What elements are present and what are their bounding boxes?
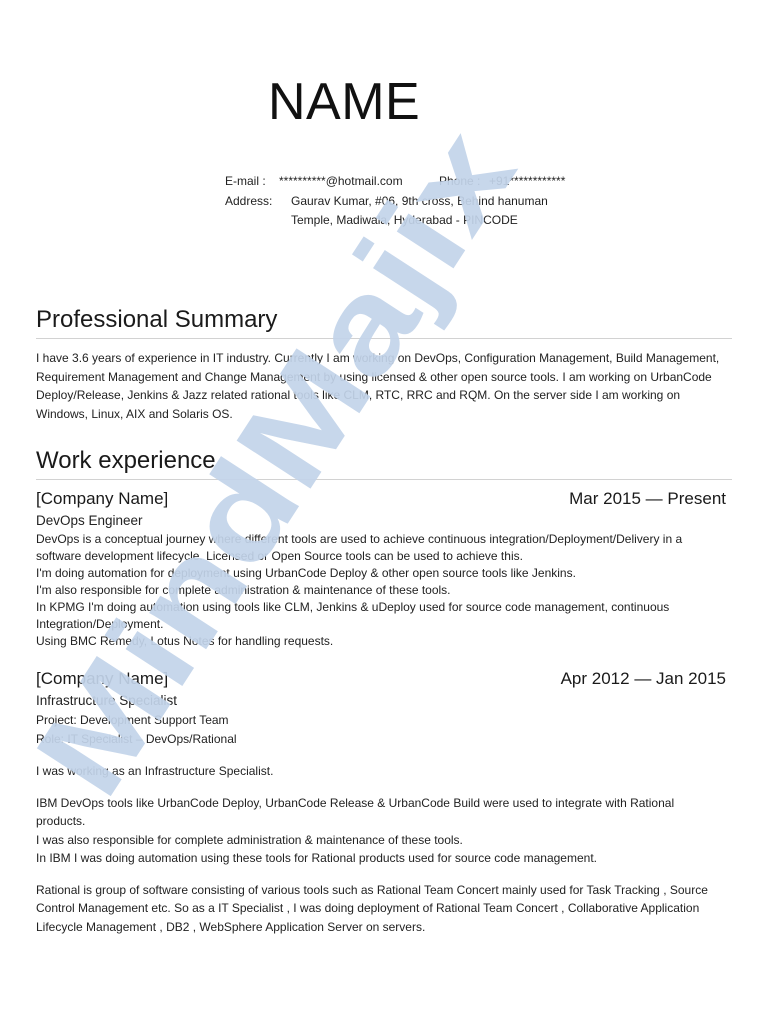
job-2-line: IBM DevOps tools like UrbanCode Deploy, … <box>36 794 726 831</box>
job-1-line: Using BMC Remedy, Lotus Notes for handli… <box>36 633 726 650</box>
job-2-company: [Company Name] <box>36 668 168 690</box>
summary-heading: Professional Summary <box>36 305 277 335</box>
job-2-dates: Apr 2012 — Jan 2015 <box>561 668 726 690</box>
job-2-line: I was also responsible for complete admi… <box>36 831 726 850</box>
job-2-role: Infrastructure Specialist <box>36 691 726 711</box>
contact-row-email-phone: E-mail :**********@hotmail.comPhone :+91… <box>225 172 581 192</box>
job-1-header: [Company Name] Mar 2015 — Present <box>36 488 726 510</box>
job-1-line: I'm also responsible for complete admini… <box>36 582 726 599</box>
job-2-project: Project: Development Support Team <box>36 711 726 730</box>
summary-text: I have 3.6 years of experience in IT ind… <box>36 349 732 424</box>
phone-label: Phone : <box>439 172 489 191</box>
job-entry-1: [Company Name] Mar 2015 — Present DevOps… <box>36 488 726 650</box>
job-2-closing: Rational is group of software consisting… <box>36 881 726 937</box>
contact-block: E-mail :**********@hotmail.comPhone :+91… <box>225 172 581 230</box>
work-heading: Work experience <box>36 446 216 476</box>
job-1-company: [Company Name] <box>36 488 168 510</box>
job-1-role: DevOps Engineer <box>36 511 726 531</box>
phone-value: +91************ <box>489 172 565 191</box>
address-label: Address: <box>225 192 291 230</box>
summary-divider <box>36 338 732 339</box>
job-entry-2: [Company Name] Apr 2012 — Jan 2015 Infra… <box>36 668 726 936</box>
job-1-line: I'm doing automation for deployment usin… <box>36 565 726 582</box>
candidate-name: NAME <box>268 70 420 134</box>
address-line-2: Temple, Madiwala, Hyderabad - PINCODE <box>291 211 581 230</box>
job-2-header: [Company Name] Apr 2012 — Jan 2015 <box>36 668 726 690</box>
job-2-line: In IBM I was doing automation using thes… <box>36 849 726 868</box>
work-divider <box>36 479 732 480</box>
job-2-role-detail: Role: IT Specialist – DevOps/Rational <box>36 730 726 749</box>
resume-page: NAME E-mail :**********@hotmail.comPhone… <box>0 0 768 1024</box>
job-1-dates: Mar 2015 — Present <box>569 488 726 510</box>
job-2-description: IBM DevOps tools like UrbanCode Deploy, … <box>36 794 726 868</box>
job-2-intro: I was working as an Infrastructure Speci… <box>36 762 726 781</box>
address-line-1: Gaurav Kumar, #06, 9th cross, Behind han… <box>291 192 581 211</box>
job-1-description: DevOps is a conceptual journey where dif… <box>36 531 726 650</box>
email-label: E-mail : <box>225 172 279 191</box>
address-value: Gaurav Kumar, #06, 9th cross, Behind han… <box>291 192 581 230</box>
contact-row-address: Address: Gaurav Kumar, #06, 9th cross, B… <box>225 192 581 230</box>
email-value: **********@hotmail.com <box>279 172 439 191</box>
job-1-line: In KPMG I'm doing automation using tools… <box>36 599 726 633</box>
job-1-line: DevOps is a conceptual journey where dif… <box>36 531 726 565</box>
